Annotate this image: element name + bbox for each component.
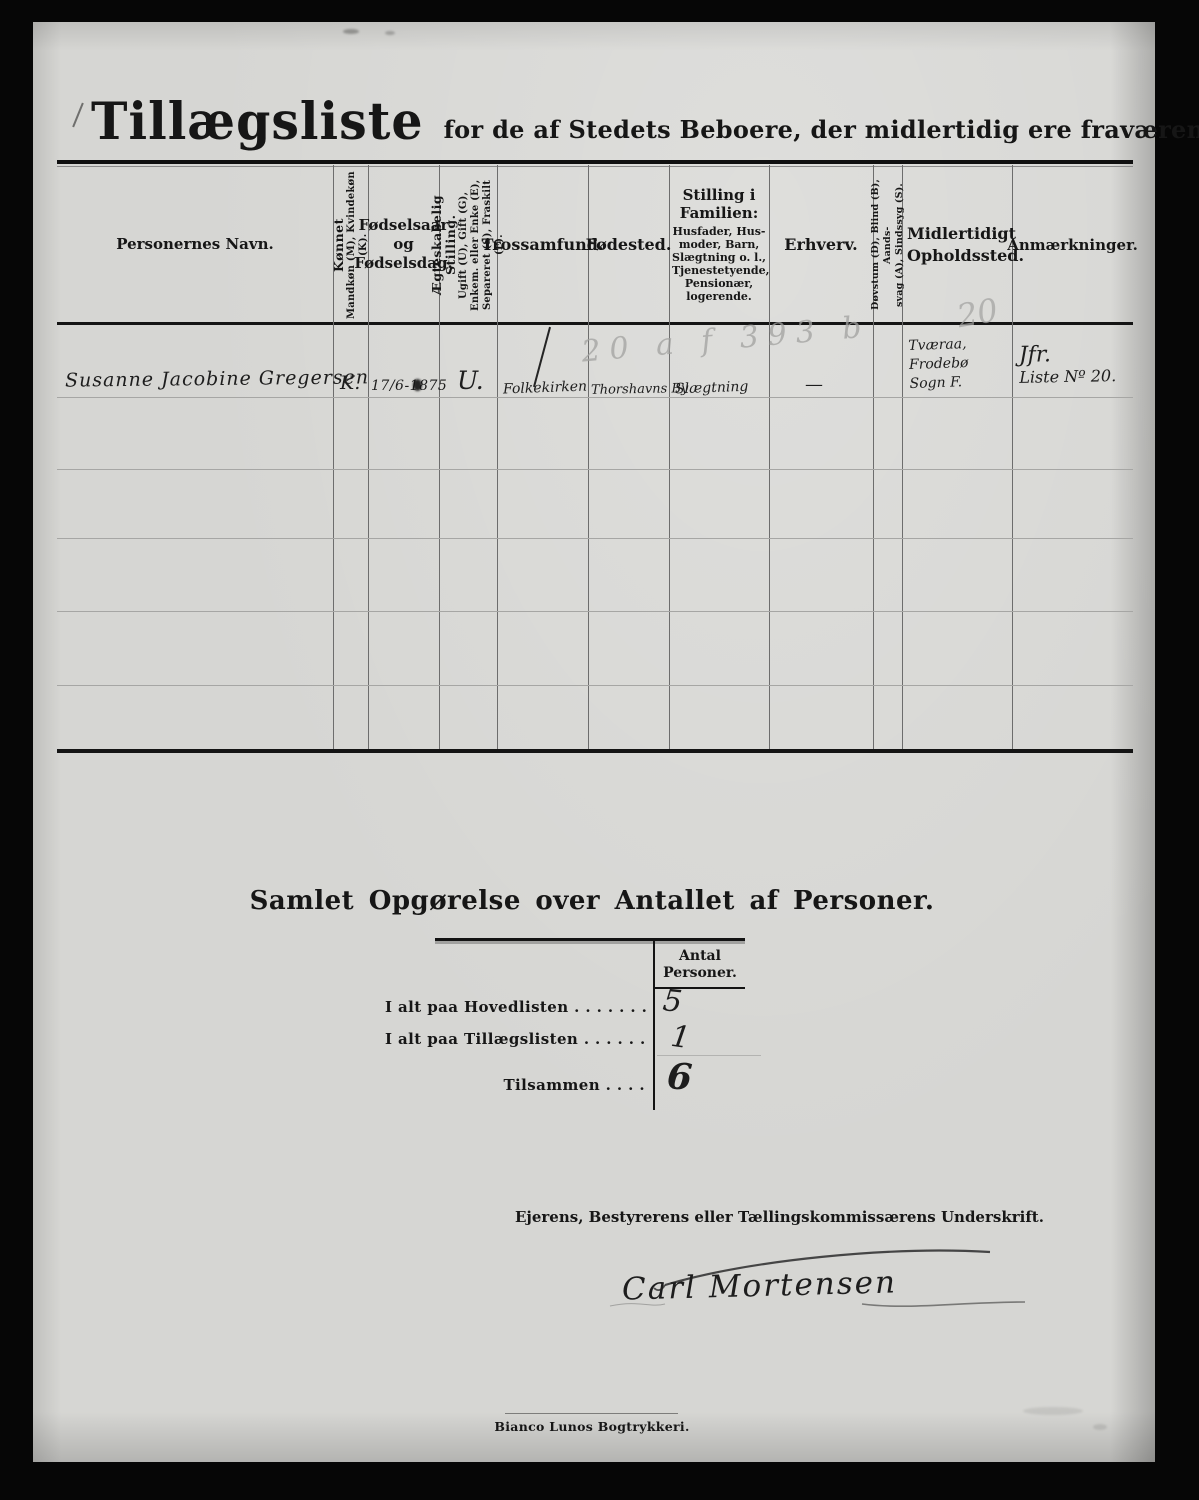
col-header-remarks: Anmærkninger. <box>1012 167 1133 322</box>
entry-stay-line2: Frodebø <box>909 354 969 375</box>
col-header-stay-label: Midlertidigt Opholdssted. <box>907 223 1007 267</box>
summary-col-header: Antal Personer. <box>655 948 745 982</box>
entry-birthplace: Thorshavns By <box>591 381 689 398</box>
signature-area: Carl Mortensen <box>570 1230 1060 1330</box>
ink-blot <box>413 379 422 391</box>
entry-marital: U. <box>457 366 484 395</box>
summary-title: Samlet Opgørelse over Antallet af Person… <box>242 886 942 916</box>
col-header-faith: Trossamfund. <box>497 167 588 322</box>
document-page: Tillægsliste for de af Stedets Beboere, … <box>33 22 1155 1462</box>
summary-col-header-line2: Personer. <box>655 965 745 982</box>
col-header-birthplace: Fødested. <box>588 167 669 322</box>
col-header-sex-title: Kønnet <box>332 169 346 321</box>
form-header: Tillægsliste for de af Stedets Beboere, … <box>91 92 1199 150</box>
pencil-stay-note: 20 <box>954 291 1001 335</box>
entry-family: Slægtning <box>675 379 749 398</box>
row-divider <box>57 611 1133 612</box>
col-header-occupation-label: Erhverv. <box>784 235 857 254</box>
summary-row-value: 6 <box>666 1055 694 1099</box>
table-border-top <box>57 160 1133 164</box>
entry-remarks: Jfr. Liste Nº 20. <box>1019 341 1117 387</box>
form-subtitle: for de af Stedets Beboere, der midlertid… <box>444 115 1199 144</box>
summary-row-value: 5 <box>661 983 684 1020</box>
scanned-census-form: { "header": { "title": "Tillægsliste", "… <box>0 0 1199 1500</box>
scan-smudge <box>1023 1407 1083 1415</box>
entry-stay-line1: Tværaa, <box>908 335 968 356</box>
entry-remarks-line1: Jfr. <box>1019 341 1116 368</box>
summary-col-header-line1: Antal <box>655 948 745 965</box>
col-header-marital-title: Ægteskabelig Stilling. <box>430 169 458 321</box>
summary-row-label: Tilsammen . . . . <box>385 1076 645 1094</box>
col-header-name-label: Personernes Navn. <box>116 235 274 254</box>
col-header-disability: Døvstum (D), Blind (B), Aands- svag (A),… <box>873 167 902 322</box>
entry-faith: Folkekirken <box>503 379 588 398</box>
col-header-family-title: Stilling i Familien: <box>672 186 766 222</box>
summary-row-value: 1 <box>669 1019 693 1056</box>
summary-border-top <box>435 938 745 941</box>
printer-divider <box>505 1413 678 1414</box>
entry-occupation: — <box>805 374 823 395</box>
summary-row-label: I alt paa Tillægslisten . . . . . . <box>385 1030 645 1048</box>
entry-sex: K. <box>340 372 360 394</box>
col-header-family: Stilling i Familien: Husfader, Hus-moder… <box>669 167 769 322</box>
table-border-bottom <box>57 749 1133 753</box>
col-header-disability-vertical: Døvstum (D), Blind (B), Aands- svag (A),… <box>870 169 906 321</box>
entry-remarks-line2: Liste Nº 20. <box>1019 366 1116 387</box>
entry-stay-line3: Sogn F. <box>909 373 969 394</box>
form-title: Tillægsliste <box>91 91 424 152</box>
pencil-tick <box>72 103 84 128</box>
col-header-family-codes: Husfader, Hus-moder, Barn, Slægtning o. … <box>672 225 766 303</box>
row-divider <box>57 469 1133 470</box>
entry-stay: Tværaa, Frodebø Sogn F. <box>908 335 969 394</box>
scan-smudge <box>343 29 359 34</box>
summary-row-label: I alt paa Hovedlisten . . . . . . . <box>385 998 645 1016</box>
col-header-name: Personernes Navn. <box>57 167 333 322</box>
scan-smudge <box>1093 1424 1107 1430</box>
entry-birth: 17/6-1875 <box>371 378 447 394</box>
col-header-birthplace-label: Fødested. <box>586 235 672 254</box>
summary-table: Antal Personer. I alt paa Hovedlisten . … <box>435 938 745 1110</box>
entry-name: Susanne Jacobine Gregersen <box>65 366 369 391</box>
signature-label: Ejerens, Bestyrerens eller Tællingskommi… <box>515 1208 975 1226</box>
col-header-occupation: Erhverv. <box>769 167 873 322</box>
col-header-disability-line1: Døvstum (D), Blind (B), Aands- <box>870 169 894 321</box>
persons-table: Personernes Navn. Kønnet Mandkøn (M), Kv… <box>57 160 1133 753</box>
signature-name: Carl Mortensen <box>622 1264 898 1307</box>
printer-mark: Bianco Lunos Bogtrykkeri. <box>482 1419 702 1434</box>
scan-smudge <box>385 31 395 35</box>
col-header-remarks-label: Anmærkninger. <box>1007 236 1138 254</box>
row-divider <box>57 685 1133 686</box>
row-divider <box>57 538 1133 539</box>
